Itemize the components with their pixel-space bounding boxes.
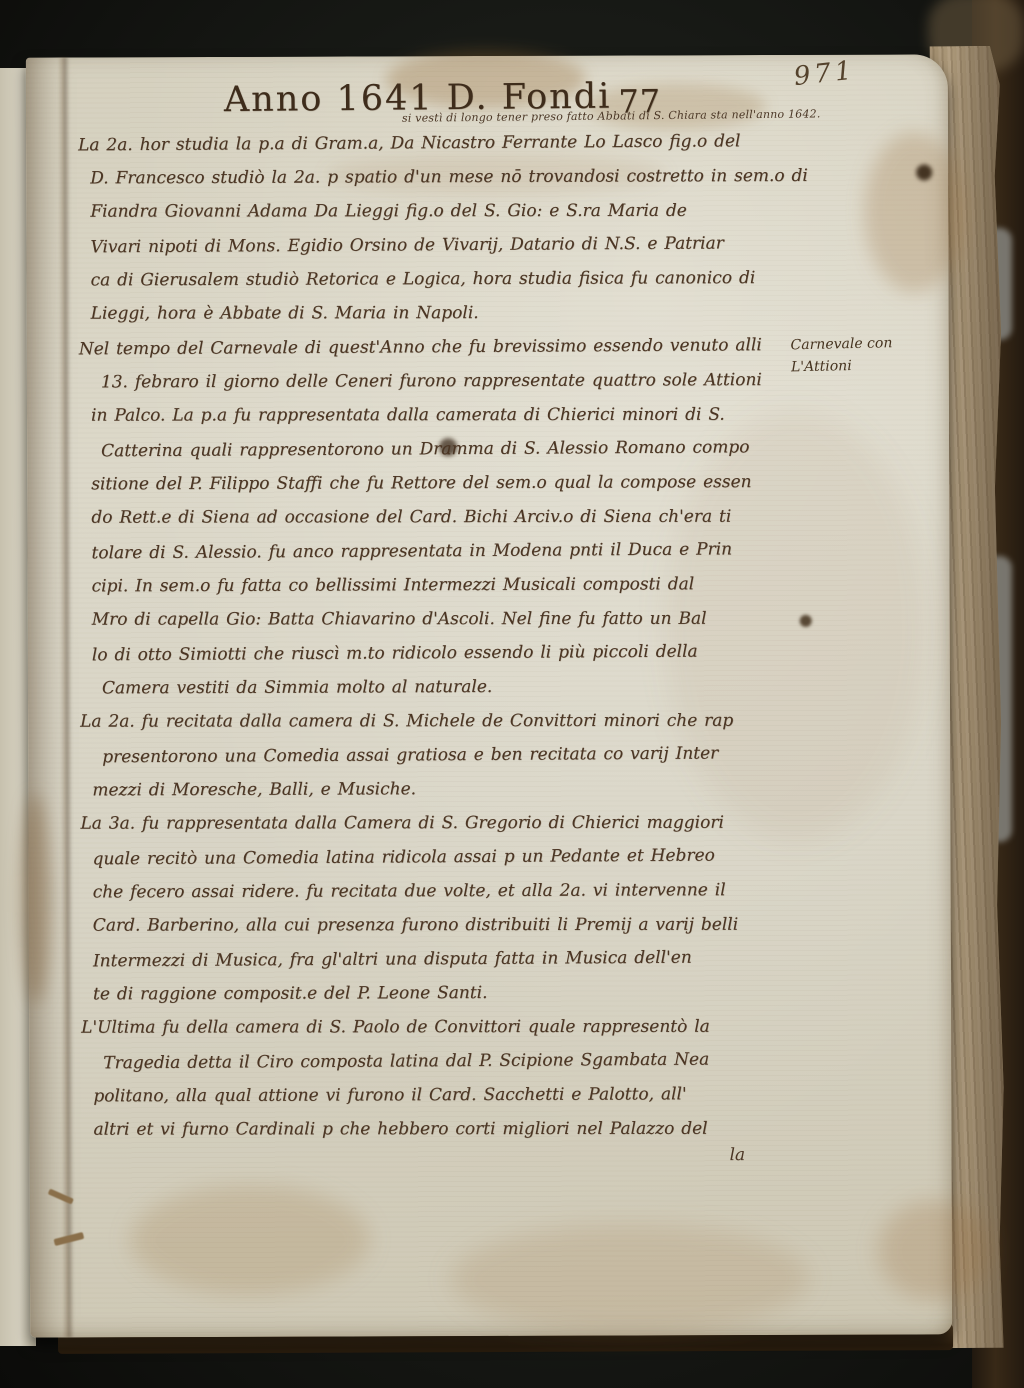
ink-blot (916, 164, 932, 180)
manuscript-line: Camera vestiti da Simmia molto al natura… (102, 669, 806, 705)
manuscript-line: Fiandra Giovanni Adama Da Lieggi fig.o d… (90, 194, 804, 229)
manuscript-line: sitione del P. Filippo Staffi che fu Ret… (91, 465, 805, 501)
photo-backdrop: 971 Anno 1641 D. Fondi77 si vestì di lon… (0, 0, 1024, 1388)
manuscript-line: altri et vi furno Cardinali p che hebber… (93, 1112, 807, 1147)
manuscript-page: 971 Anno 1641 D. Fondi77 si vestì di lon… (26, 54, 952, 1337)
manuscript-line: lo di otto Simiotti che riuscì m.to ridi… (92, 634, 806, 672)
manuscript-line: in Palco. La p.a fu rappresentata dalla … (91, 398, 805, 433)
manuscript-line: politano, alla qual attione vi furono il… (93, 1077, 807, 1113)
manuscript-line: ca di Gierusalem studiò Retorica e Logic… (90, 261, 804, 297)
manuscript-line: che fecero assai ridere. fu recitata due… (93, 873, 807, 909)
manuscript-line: tolare di S. Alessio. fu anco rappresent… (91, 532, 805, 570)
catchword: la (730, 1145, 746, 1165)
manuscript-line: Catterina quali rappresentorono un Dramm… (101, 430, 805, 468)
manuscript-line: L'Ultima fu della camera di S. Paolo de … (81, 1010, 807, 1045)
manuscript-line: Vivari nipoti di Mons. Egidio Orsino de … (90, 226, 804, 264)
manuscript-line: Tragedia detta il Ciro composta latina d… (103, 1042, 807, 1080)
body-text: La 2a. hor studia la p.a di Gram.a, Da N… (78, 125, 808, 1148)
manuscript-line: do Rett.e di Siena ad occasione del Card… (91, 500, 805, 535)
manuscript-line: Card. Barberino, alla cui presenza furon… (93, 908, 807, 943)
manuscript-line: Nel tempo del Carnevale di quest'Anno ch… (79, 328, 805, 366)
paper-stain (130, 1184, 370, 1295)
margin-note: Carnevale con L'Attioni (790, 331, 951, 378)
manuscript-line: quale recitò una Comedia latina ridicola… (92, 838, 806, 876)
manuscript-line: La 2a. hor studia la p.a di Gram.a, Da N… (78, 124, 804, 162)
manuscript-line: La 3a. fu rappresentata dalla Camera di … (80, 806, 806, 841)
manuscript-line: te di raggione composit.e del P. Leone S… (93, 975, 807, 1011)
margin-note-line: L'Attioni (791, 353, 951, 378)
manuscript-line: La 2a. fu recitata dalla camera di S. Mi… (80, 704, 806, 739)
manuscript-line: Mro di capella Gio: Batta Chiavarino d'A… (92, 602, 806, 637)
manuscript-line: 13. febraro il giorno delle Ceneri furon… (101, 363, 805, 399)
manuscript-line: presentorono una Comedia assai gratiosa … (102, 736, 806, 774)
manuscript-line: cipi. In sem.o fu fatta co bellissimi In… (92, 567, 806, 603)
gutter-crease (58, 57, 74, 1337)
manuscript-line: D. Francesco studiò la 2a. p spatio d'un… (90, 159, 804, 195)
paper-stain (450, 1223, 810, 1334)
folio-number: 971 (792, 56, 857, 92)
manuscript-line: Lieggi, hora è Abbate di S. Maria in Nap… (91, 296, 805, 331)
manuscript-line: mezzi di Moresche, Balli, e Musiche. (92, 771, 806, 807)
manuscript-line: Intermezzi di Musica, fra gl'altri una d… (93, 940, 807, 978)
